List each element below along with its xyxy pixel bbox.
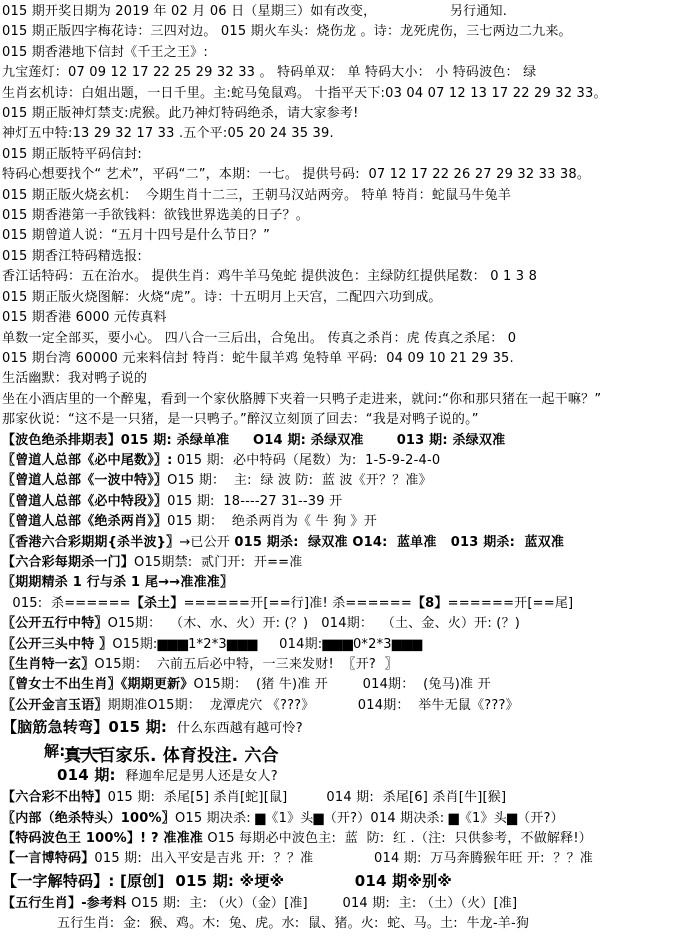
- text-line: 【脑筋急转弯】015 期: 什么东西越有越可怜?: [2, 716, 686, 740]
- text-segment: O15 期决杀:: [175, 811, 255, 826]
- text-segment: 0*2*3: [353, 637, 392, 652]
- text-segment: 【杀土】: [131, 596, 184, 611]
- text-segment: 坐在小酒店里的一个醉鬼，看到一个家伙胳膊下夹着一只鸭子走进来，就问:“你和那只猪…: [2, 392, 601, 407]
- text-segment: O15 期: 主: （火）（金）[准] 014 期: 主: （土）（火）[准]: [131, 896, 517, 911]
- text-segment: 015 期杀: 绿双准 O14: 蓝单准 013 期杀: 蓝双准: [234, 535, 564, 550]
- text-segment: 015 期正版四字梅花诗：三四对边。 015 期火车头：烧伤龙 。诗：龙死虎伤，…: [2, 24, 572, 39]
- text-segment: 015 期正版特平码信封:: [2, 147, 142, 162]
- text-segment: 香江话特码：五在治水。 提供生肖：鸡牛羊马兔蛇 提供波色：主绿防红提供尾数： 0…: [2, 269, 537, 284]
- text-line: 015 期正版火烧图解：火烧“虎”。诗：十五明月上天宫，二配四六功到成。: [2, 288, 686, 308]
- text-segment: 《1》头: [265, 811, 313, 826]
- text-segment: ▆▆▆: [392, 637, 423, 652]
- text-line: 015 期正版特平码信封:: [2, 145, 686, 165]
- text-segment: O15期： （木、水、火）开: (？) 014期： （土、金、火）开: (？): [108, 616, 520, 631]
- text-segment: 单数一定全部买，要小心。 四八合一三后出，合兔出。 传真之杀肖：虎 传真之杀尾：…: [2, 331, 516, 346]
- text-segment: 014期:: [258, 637, 323, 652]
- text-segment: →已公开: [179, 535, 234, 550]
- text-segment: 【一字解特码】: [原创] 015 期: ※埂※ 014 期※别※: [2, 872, 452, 890]
- text-segment: 释迦牟尼是男人还是女人?: [121, 769, 278, 784]
- text-segment: 那家伙说：“这不是一只猪，是一只鸭子。”醉汉立刻顶了回去：“我是对鸭子说的。”: [2, 412, 479, 427]
- text-line: 〖曾道人总部《绝杀两肖》〗015 期： 绝杀两肖为《 牛 狗 》开: [2, 512, 686, 532]
- text-segment: O15期禁: 贰门开: 开==准: [134, 555, 302, 570]
- text-segment: 〖内部（绝杀特头）100%〗: [2, 811, 175, 826]
- text-line: 〖生肖特一玄〗O15期： 六前五后必中特，一三来发财! 〖开? 〗: [2, 655, 686, 675]
- text-segment: ▆: [313, 811, 323, 826]
- text-line: 015 期香江特码精选报:: [2, 247, 686, 267]
- text-segment: 【波色绝杀排期表】015 期: 杀绿单准 O14 期: 杀绿双准 013 期: …: [2, 433, 505, 448]
- text-segment: ▆: [507, 811, 517, 826]
- text-segment: 〖公开金言玉语〗: [2, 698, 108, 713]
- text-segment: 什么东西越有越可怜?: [173, 721, 303, 736]
- watermark-ad: 真人百家乐. 体育投注. 六合: [64, 745, 279, 768]
- text-segment: O15 每期必中波色主: 蓝 防: 红 .（注: 只供参考，不做解释!）: [203, 831, 592, 846]
- text-segment: O15期： (猪 牛)准 开 014期： (兔马)准 开: [194, 677, 491, 692]
- text-line: 生活幽默：我对鸭子说的: [2, 369, 686, 389]
- text-line: 〖内部（绝杀特头）100%〗O15 期决杀: ▆《1》头▆（开?）014 期决杀…: [2, 809, 686, 829]
- text-segment: 【六合彩每期杀一门】: [2, 555, 134, 570]
- text-segment: 九宝莲灯：07 09 12 17 22 25 29 32 33 。 特码单双： …: [2, 65, 536, 80]
- text-line: 〖公开金言玉语〗期期准O15期： 龙潭虎穴 《???》 014期： 举牛无鼠《?…: [2, 696, 686, 716]
- text-line: 〖曾女士不出生肖〗《期期更新》O15期： (猪 牛)准 开 014期： (兔马)…: [2, 675, 686, 695]
- text-segment: ▆: [449, 811, 459, 826]
- text-line: 015 期曾道人说：“五月十四号是什么节日？”: [2, 226, 686, 246]
- text-line: 015 期香港 6000 元传真料: [2, 308, 686, 328]
- text-line: 解:===真人百家乐. 体育投注. 六合: [2, 740, 686, 764]
- text-line: 特码心想要找个“ 艺术”，平码“二”，本期：一七。 提供号码: 07 12 17…: [2, 165, 686, 185]
- text-line: 【波色绝杀排期表】015 期: 杀绿单准 O14 期: 杀绿双准 013 期: …: [2, 431, 686, 451]
- text-segment: 生肖玄机诗：白姐出题，一日千里。主:蛇马兔鼠鸡。 十指平天下:03 04 07 …: [2, 86, 607, 101]
- text-line: 生肖玄机诗：白姐出题，一日千里。主:蛇马兔鼠鸡。 十指平天下:03 04 07 …: [2, 84, 686, 104]
- text-line: 那家伙说：“这不是一只猪，是一只鸭子。”醉汉立刻顶了回去：“我是对鸭子说的。”: [2, 410, 686, 430]
- text-line: 坐在小酒店里的一个醉鬼，看到一个家伙胳膊下夹着一只鸭子走进来，就问:“你和那只猪…: [2, 390, 686, 410]
- text-segment: 五行生肖: 金: 猴、鸡。木: 兔、虎。水: 鼠、猪。火: 蛇、马。土: 牛龙-…: [57, 916, 529, 931]
- text-segment: 【六合彩不出特】: [2, 790, 108, 805]
- text-line: 015 期正版四字梅花诗：三四对边。 015 期火车头：烧伤龙 。诗：龙死虎伤，…: [2, 22, 686, 42]
- text-segment: ======开[==行]准! 杀======: [184, 596, 412, 611]
- text-line: 【六合彩每期杀一门】O15期禁: 贰门开: 开==准: [2, 553, 686, 573]
- text-segment: 〖期期精杀 1 行与杀 1 尾→→准准准〗: [2, 575, 233, 590]
- text-line: 〖期期精杀 1 行与杀 1 尾→→准准准〗: [2, 573, 686, 593]
- text-segment: O15期： 六前五后必中特，一三来发财! 〖开? 〗: [94, 657, 397, 672]
- text-line: 〖曾道人总部《一波中特》〗O15 期： 主: 绿 波 防: 蓝 波《开？？准》: [2, 471, 686, 491]
- text-line: 015 期正版火烧玄机： 今期生肖十二三，王朝马汉站两旁。 特单 特肖：蛇鼠马牛…: [2, 186, 686, 206]
- text-segment: 【特码波色王 100%】! ? 准准准: [2, 831, 203, 846]
- text-segment: （开?）014 期决杀:: [324, 811, 449, 826]
- text-segment: 【脑筋急转弯】015 期:: [2, 718, 173, 736]
- text-line: 【六合彩不出特】015 期: 杀尾[5] 杀肖[蛇][鼠] 014 期: 杀尾[…: [2, 788, 686, 808]
- text-segment: 015 期: 18----27 31--39 开: [167, 494, 342, 509]
- text-segment: 015 期香港 6000 元传真料: [2, 310, 167, 325]
- text-line: 五行生肖: 金: 猴、鸡。木: 兔、虎。水: 鼠、猪。火: 蛇、马。土: 牛龙-…: [2, 914, 686, 934]
- text-segment: 〖曾道人总部《绝杀两肖》〗: [2, 514, 167, 529]
- text-segment: 〖曾女士不出生肖〗《期期更新》: [2, 677, 194, 692]
- text-segment: 015 期正版神灯禁支:虎猴。此乃神灯特码绝杀，请大家参考!: [2, 106, 359, 121]
- text-line: 015 期香港地下信封《千王之王》:: [2, 43, 686, 63]
- text-segment: 015 期香港地下信封《千王之王》:: [2, 45, 208, 60]
- text-line: 〖曾道人总部《必中尾数》〗: 015 期: 必中特码（尾数）为: 1-5-9-2…: [2, 451, 686, 471]
- text-line: 〖香港六合彩期期{杀半波}〗→已公开 015 期杀: 绿双准 O14: 蓝单准 …: [2, 533, 686, 553]
- text-line: 〖曾道人总部《必中特段》〗015 期: 18----27 31--39 开: [2, 492, 686, 512]
- text-segment: 015 期: 杀尾[5] 杀肖[蛇][鼠] 014 期: 杀尾[6] 杀肖[牛]…: [108, 790, 507, 805]
- text-segment: 【五行生肖】-参考料: [2, 896, 131, 911]
- text-segment: 015: 杀======: [8, 596, 131, 611]
- text-segment: ======开[==尾]: [448, 596, 574, 611]
- text-segment: 〖香港六合彩期期{杀半波}〗: [2, 535, 179, 550]
- lottery-tip-sheet: 015 期开奖日期为 2019 年 02 月 06 日（星期三）如有改变， 另行…: [0, 0, 688, 935]
- text-line: 015 期开奖日期为 2019 年 02 月 06 日（星期三）如有改变， 另行…: [2, 2, 686, 22]
- text-segment: 〖生肖特一玄〗: [2, 657, 94, 672]
- text-segment: 015 期香江特码精选报:: [2, 249, 142, 264]
- text-segment: 015 期: 出入平安是吉兆 开: ？？准 014 期: 万马奔腾猴年旺 开: …: [94, 851, 593, 866]
- text-line: 〖公开五行中特〗O15期： （木、水、火）开: (？) 014期： （土、金、火…: [2, 614, 686, 634]
- text-line: 【一字解特码】: [原创] 015 期: ※埂※ 014 期※别※: [2, 870, 686, 894]
- text-segment: 015 期正版火烧图解：火烧“虎”。诗：十五明月上天宫，二配四六功到成。: [2, 290, 442, 305]
- text-segment: 015 期正版火烧玄机： 今期生肖十二三，王朝马汉站两旁。 特单 特肖：蛇鼠马牛…: [2, 188, 511, 203]
- text-segment: 期期准O15期： 龙潭虎穴 《???》 014期： 举牛无鼠《???》: [108, 698, 519, 713]
- text-segment: O15期:: [112, 637, 157, 652]
- text-line: 015: 杀======【杀土】======开[==行]准! 杀======【8…: [2, 594, 686, 614]
- text-segment: 015 期： 绝杀两肖为《 牛 狗 》开: [167, 514, 377, 529]
- text-line: 015 期香港第一手欲钱料：欲钱世界选美的日子？。: [2, 206, 686, 226]
- text-line: 香江话特码：五在治水。 提供生肖：鸡牛羊马兔蛇 提供波色：主绿防红提供尾数： 0…: [2, 267, 686, 287]
- text-segment: 015 期曾道人说：“五月十四号是什么节日？”: [2, 228, 270, 243]
- text-line: 九宝莲灯：07 09 12 17 22 25 29 32 33 。 特码单双： …: [2, 63, 686, 83]
- text-segment: 1*2*3: [188, 637, 227, 652]
- text-segment: 015 期开奖日期为 2019 年 02 月 06 日（星期三）如有改变， 另行…: [2, 4, 507, 19]
- text-line: 015 期台湾 60000 元来料信封 特肖：蛇牛鼠羊鸡 兔特单 平码: 04 …: [2, 349, 686, 369]
- text-line: 【一言博特码】015 期: 出入平安是吉兆 开: ？？准 014 期: 万马奔腾…: [2, 849, 686, 869]
- text-segment: 〖曾道人总部《一波中特》〗: [2, 473, 167, 488]
- text-segment: ▆: [255, 811, 265, 826]
- text-segment: 014 期:: [57, 766, 121, 784]
- text-segment: O15 期： 主: 绿 波 防: 蓝 波《开？？准》: [167, 473, 432, 488]
- text-segment: 〖曾道人总部《必中尾数》〗:: [2, 453, 173, 468]
- text-segment: 〖曾道人总部《必中特段》〗: [2, 494, 167, 509]
- text-segment: ▆▆▆: [322, 637, 353, 652]
- text-segment: 〖公开五行中特〗: [2, 616, 108, 631]
- text-line: 【五行生肖】-参考料 O15 期: 主: （火）（金）[准] 014 期: 主:…: [2, 894, 686, 914]
- text-segment: 神灯五中特:13 29 32 17 33 .五个平:05 20 24 35 39…: [2, 126, 334, 141]
- text-segment: 《1》头: [459, 811, 507, 826]
- text-line: 〖公开三头中特 〗O15期:▆▆▆1*2*3▆▆▆ 014期:▆▆▆0*2*3▆…: [2, 635, 686, 655]
- text-line: 神灯五中特:13 29 32 17 33 .五个平:05 20 24 35 39…: [2, 124, 686, 144]
- text-line: 【特码波色王 100%】! ? 准准准 O15 每期必中波色主: 蓝 防: 红 …: [2, 829, 686, 849]
- text-segment: 〖公开三头中特 〗: [2, 637, 112, 652]
- text-segment: 【8】: [412, 596, 448, 611]
- text-segment: （开?）: [517, 811, 564, 826]
- text-segment: ▆▆▆: [227, 637, 258, 652]
- text-segment: 生活幽默：我对鸭子说的: [2, 371, 147, 386]
- text-segment: 015 期香港第一手欲钱料：欲钱世界选美的日子？。: [2, 208, 309, 223]
- text-segment: 015 期: 必中特码（尾数）为: 1-5-9-2-4-0: [173, 453, 441, 468]
- text-segment: ▆▆▆: [157, 637, 188, 652]
- text-segment: 015 期台湾 60000 元来料信封 特肖：蛇牛鼠羊鸡 兔特单 平码: 04 …: [2, 351, 514, 366]
- text-line: 单数一定全部买，要小心。 四八合一三后出，合兔出。 传真之杀肖：虎 传真之杀尾：…: [2, 329, 686, 349]
- text-segment: 特码心想要找个“ 艺术”，平码“二”，本期：一七。 提供号码: 07 12 17…: [2, 167, 590, 182]
- text-line: 015 期正版神灯禁支:虎猴。此乃神灯特码绝杀，请大家参考!: [2, 104, 686, 124]
- text-segment: 【一言博特码】: [2, 851, 94, 866]
